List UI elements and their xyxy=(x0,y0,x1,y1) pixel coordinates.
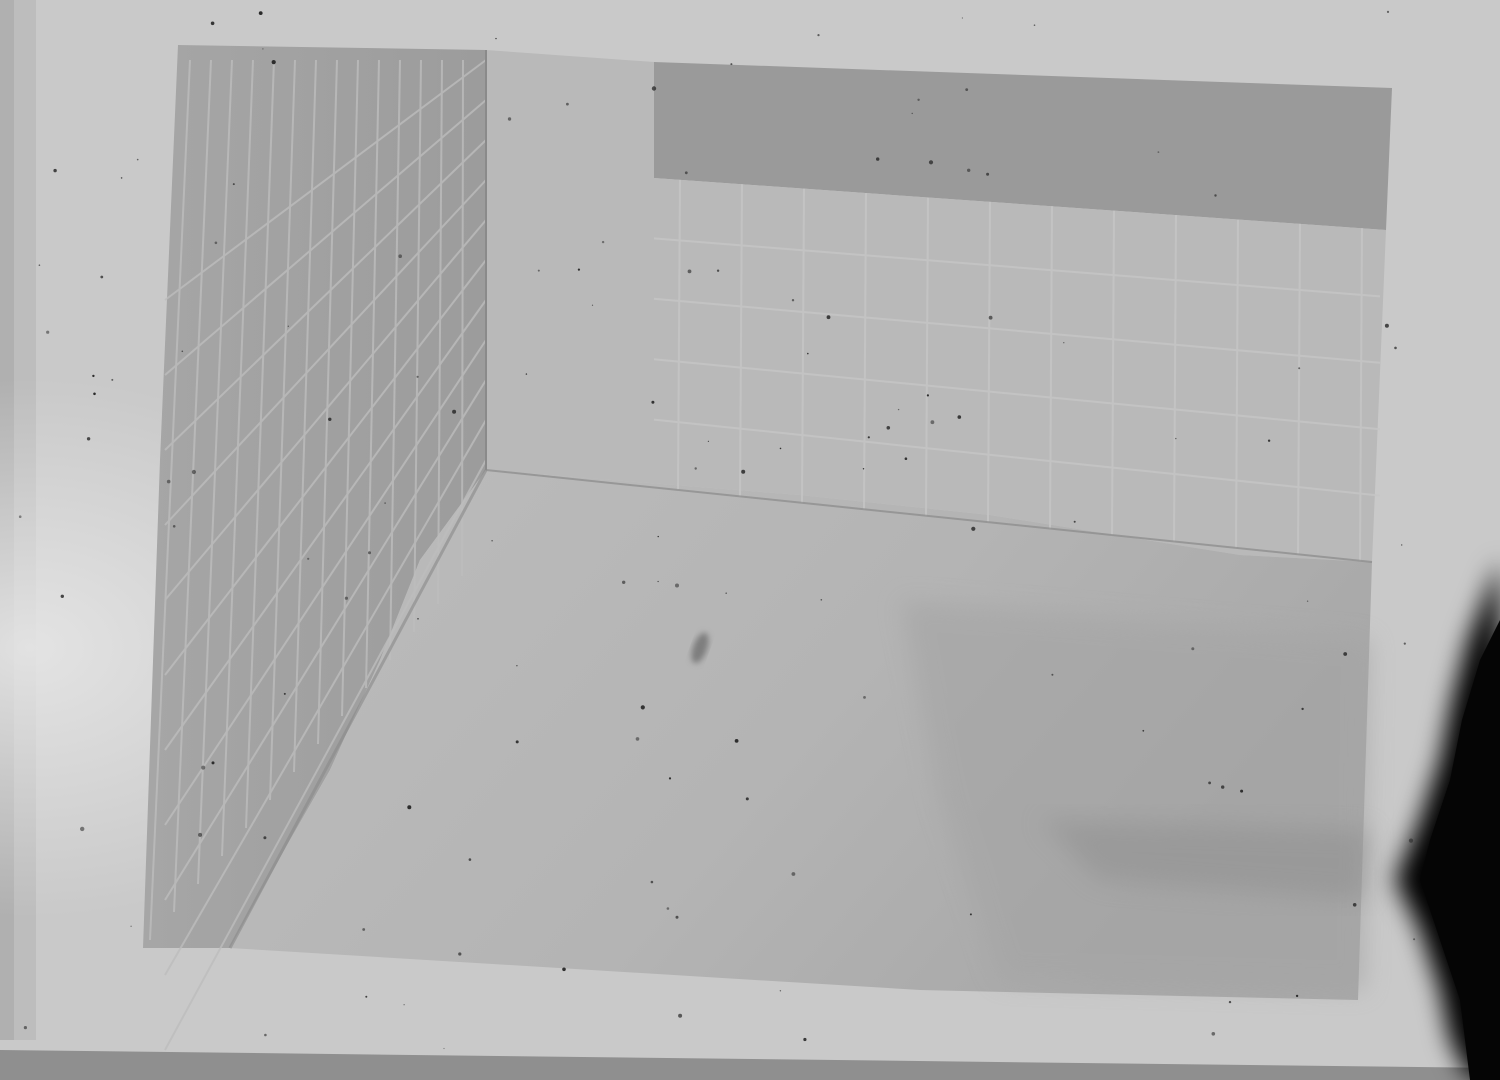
room-corner-photo xyxy=(0,0,1500,1080)
scanned-photo xyxy=(0,0,1500,1080)
